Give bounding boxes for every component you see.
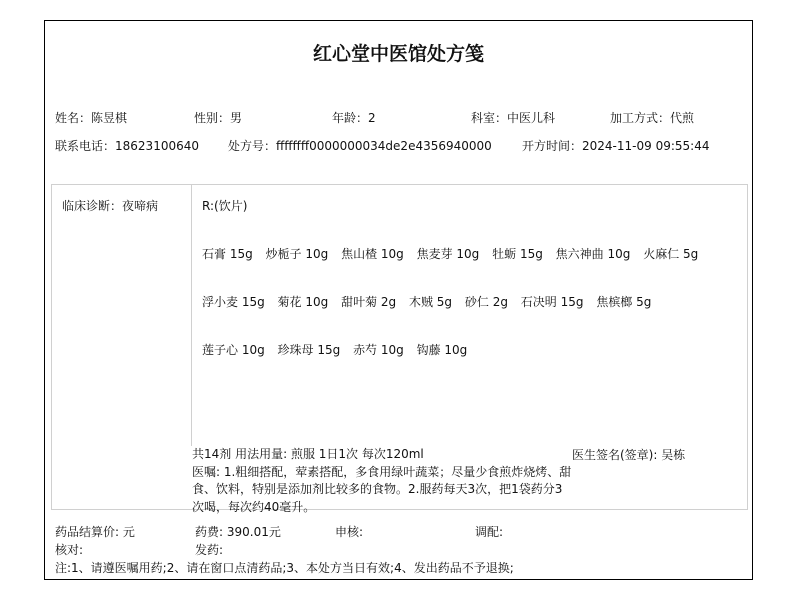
department-label: 科室：: [471, 111, 507, 125]
patient-name-value: 陈昱棋: [91, 111, 127, 125]
patient-gender-label: 性别：: [194, 111, 230, 125]
prescription-number-value: ffffffff0000000034de2e4356940000: [276, 139, 492, 153]
column-divider: [191, 184, 192, 446]
patient-age-value: 2: [368, 111, 376, 125]
contact-phone: 联系电话：18623100640: [55, 137, 199, 154]
process-method-label: 加工方式：: [610, 111, 670, 125]
herb-item: 珍珠母 15g: [278, 343, 341, 357]
patient-age: 年龄：2: [332, 109, 376, 126]
patient-name: 姓名：陈昱棋: [55, 109, 127, 126]
contact-phone-value: 18623100640: [115, 139, 199, 153]
prescription-number: 处方号：ffffffff0000000034de2e4356940000: [228, 137, 492, 154]
check-field: 核对:: [55, 541, 83, 558]
doctor-advice: 医嘱: 1.粗细搭配，荤素搭配，多食用绿叶蔬菜；尽量少食煎炸烧烤、甜食、饮料，特…: [192, 464, 572, 517]
drug-fee: 药费: 390.01元: [195, 523, 281, 540]
herb-item: 石膏 15g: [202, 247, 253, 261]
herb-item: 石决明 15g: [521, 295, 584, 309]
settle-price: 药品结算价: 元: [55, 523, 135, 540]
herb-line-3: 莲子心 10g 珍珠母 15g 赤芍 10g 钩藤 10g: [202, 341, 476, 358]
dispense-prep-field: 调配:: [475, 523, 503, 540]
herb-item: 赤芍 10g: [353, 343, 404, 357]
clinical-diagnosis: 临床诊断：夜啼病: [62, 197, 158, 214]
dosage-instructions: 共14剂 用法用量: 煎服 1日1次 每次120ml: [192, 446, 572, 464]
patient-name-label: 姓名：: [55, 111, 91, 125]
footer-note: 注:1、请遵医嘱用药;2、请在窗口点清药品;3、本处方当日有效;4、发出药品不予…: [55, 559, 514, 576]
herb-item: 火麻仁 5g: [643, 247, 698, 261]
herb-item: 甜叶菊 2g: [341, 295, 396, 309]
diagnosis-value: 夜啼病: [122, 199, 158, 213]
process-method: 加工方式：代煎: [610, 109, 694, 126]
prescription-time: 开方时间：2024-11-09 09:55:44: [522, 137, 709, 154]
herb-item: 炒栀子 10g: [266, 247, 329, 261]
usage-section: 共14剂 用法用量: 煎服 1日1次 每次120ml 医嘱: 1.粗细搭配，荤素…: [192, 446, 572, 516]
rx-header: R:(饮片): [202, 197, 247, 214]
herb-item: 钩藤 10g: [417, 343, 468, 357]
doctor-signature: 医生签名(签章): 吴栋: [572, 446, 685, 463]
department-value: 中医儿科: [507, 111, 555, 125]
patient-gender: 性别：男: [194, 109, 242, 126]
herb-line-2: 浮小麦 15g 菊花 10g 甜叶菊 2g 木贼 5g 砂仁 2g 石决明 15…: [202, 293, 660, 310]
process-method-value: 代煎: [670, 111, 694, 125]
review-field: 申核:: [335, 523, 363, 540]
contact-phone-label: 联系电话：: [55, 139, 115, 153]
department: 科室：中医儿科: [471, 109, 555, 126]
prescription-number-label: 处方号：: [228, 139, 276, 153]
prescription-time-value: 2024-11-09 09:55:44: [582, 139, 709, 153]
herb-item: 木贼 5g: [409, 295, 452, 309]
page-title: 红心堂中医馆处方笺: [45, 39, 752, 66]
patient-age-label: 年龄：: [332, 111, 368, 125]
herb-item: 焦麦芽 10g: [417, 247, 480, 261]
issue-field: 发药:: [195, 541, 223, 558]
prescription-time-label: 开方时间：: [522, 139, 582, 153]
patient-gender-value: 男: [230, 111, 242, 125]
herb-line-1: 石膏 15g 炒栀子 10g 焦山楂 10g 焦麦芽 10g 牡蛎 15g 焦六…: [202, 245, 707, 262]
doctor-name: 吴栋: [661, 448, 685, 462]
herb-item: 焦槟榔 5g: [596, 295, 651, 309]
herb-item: 菊花 10g: [278, 295, 329, 309]
diagnosis-label: 临床诊断：: [62, 199, 122, 213]
herb-item: 砂仁 2g: [465, 295, 508, 309]
herb-item: 牡蛎 15g: [492, 247, 543, 261]
herb-item: 焦山楂 10g: [341, 247, 404, 261]
doctor-signature-label: 医生签名(签章):: [572, 448, 661, 462]
herb-item: 浮小麦 15g: [202, 295, 265, 309]
herb-item: 莲子心 10g: [202, 343, 265, 357]
herb-item: 焦六神曲 10g: [556, 247, 631, 261]
